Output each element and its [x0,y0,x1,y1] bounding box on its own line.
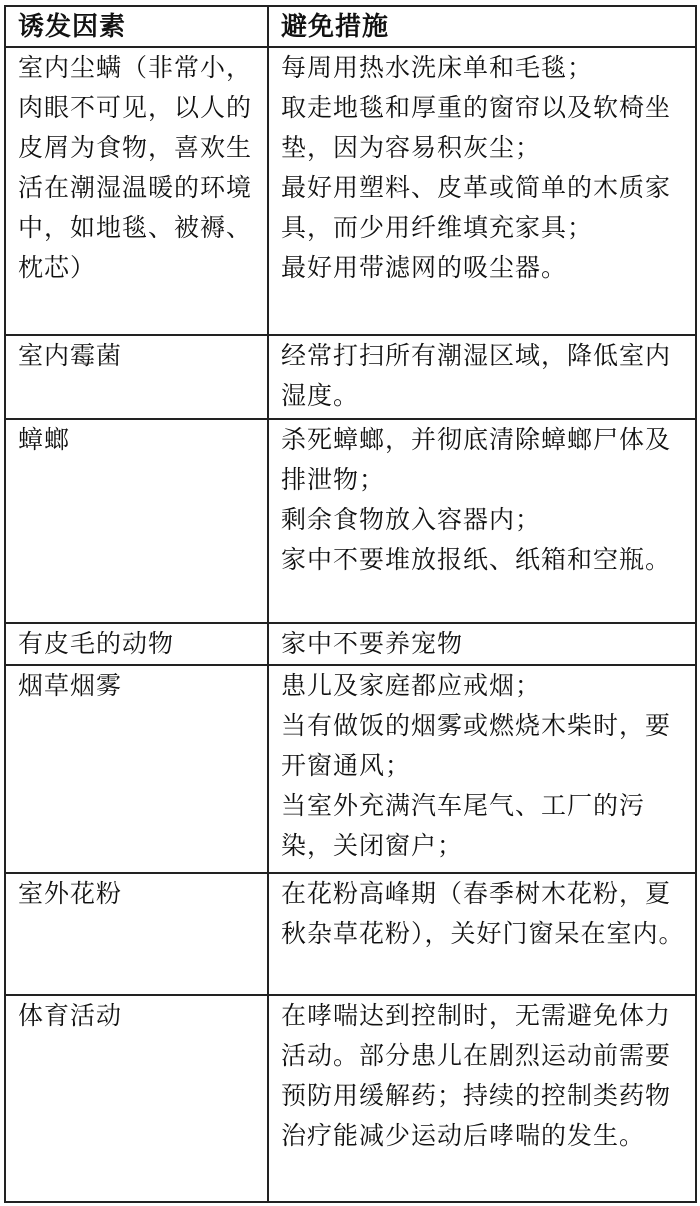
measure-item: 取走地毯和厚重的窗帘以及软椅坐垫，因为容易积灰尘； [281,88,689,168]
table-row: 体育活动在哮喘达到控制时，无需避免体力活动。部分患儿在剧烈运动前需要预防用缓解药… [5,995,696,1202]
trigger-cell: 有皮毛的动物 [5,623,268,665]
measures-cell: 家中不要养宠物 [268,623,696,665]
measure-item: 家中不要堆放报纸、纸箱和空瓶。 [281,540,689,580]
trigger-avoidance-table: 诱发因素 避免措施 室内尘螨（非常小，肉眼不可见，以人的皮屑为食物，喜欢生活在潮… [4,5,697,1203]
measure-item: 家中不要养宠物 [281,624,689,664]
trigger-cell: 室内尘螨（非常小，肉眼不可见，以人的皮屑为食物，喜欢生活在潮湿温暖的环境中，如地… [5,47,268,335]
measures-cell: 杀死蟑螂，并彻底清除蟑螂尸体及排泄物；剩余食物放入容器内；家中不要堆放报纸、纸箱… [268,419,696,623]
trigger-cell: 体育活动 [5,995,268,1202]
measures-cell: 患儿及家庭都应戒烟；当有做饭的烟雾或燃烧木柴时，要开窗通风；当室外充满汽车尾气、… [268,665,696,873]
measure-item: 每周用热水洗床单和毛毯； [281,48,689,88]
measure-item: 杀死蟑螂，并彻底清除蟑螂尸体及排泄物； [281,420,689,500]
measure-item: 当有做饭的烟雾或燃烧木柴时，要开窗通风； [281,706,689,786]
table-header-row: 诱发因素 避免措施 [5,6,696,47]
table-row: 烟草烟雾患儿及家庭都应戒烟；当有做饭的烟雾或燃烧木柴时，要开窗通风；当室外充满汽… [5,665,696,873]
table-row: 室内尘螨（非常小，肉眼不可见，以人的皮屑为食物，喜欢生活在潮湿温暖的环境中，如地… [5,47,696,335]
measure-item: 最好用带滤网的吸尘器。 [281,248,689,288]
measure-item: 当室外充满汽车尾气、工厂的污染，关闭窗户； [281,786,689,866]
measure-item: 在花粉高峰期（春季树木花粉，夏秋杂草花粉），关好门窗呆在室内。 [281,874,689,954]
measures-cell: 经常打扫所有潮湿区域，降低室内湿度。 [268,335,696,419]
table-row: 蟑螂杀死蟑螂，并彻底清除蟑螂尸体及排泄物；剩余食物放入容器内；家中不要堆放报纸、… [5,419,696,623]
table-row: 室内霉菌经常打扫所有潮湿区域，降低室内湿度。 [5,335,696,419]
trigger-cell: 室内霉菌 [5,335,268,419]
measure-item: 患儿及家庭都应戒烟； [281,666,689,706]
measure-item: 最好用塑料、皮革或简单的木质家具，而少用纤维填充家具； [281,168,689,248]
header-measures: 避免措施 [268,6,696,47]
trigger-cell: 室外花粉 [5,873,268,995]
header-trigger: 诱发因素 [5,6,268,47]
table-row: 有皮毛的动物家中不要养宠物 [5,623,696,665]
measures-cell: 每周用热水洗床单和毛毯；取走地毯和厚重的窗帘以及软椅坐垫，因为容易积灰尘；最好用… [268,47,696,335]
measures-cell: 在哮喘达到控制时，无需避免体力活动。部分患儿在剧烈运动前需要预防用缓解药；持续的… [268,995,696,1202]
trigger-cell: 蟑螂 [5,419,268,623]
measure-item: 在哮喘达到控制时，无需避免体力活动。部分患儿在剧烈运动前需要预防用缓解药；持续的… [281,996,689,1156]
table-row: 室外花粉在花粉高峰期（春季树木花粉，夏秋杂草花粉），关好门窗呆在室内。 [5,873,696,995]
measure-item: 剩余食物放入容器内； [281,500,689,540]
measure-item: 经常打扫所有潮湿区域，降低室内湿度。 [281,336,689,416]
measures-cell: 在花粉高峰期（春季树木花粉，夏秋杂草花粉），关好门窗呆在室内。 [268,873,696,995]
trigger-cell: 烟草烟雾 [5,665,268,873]
